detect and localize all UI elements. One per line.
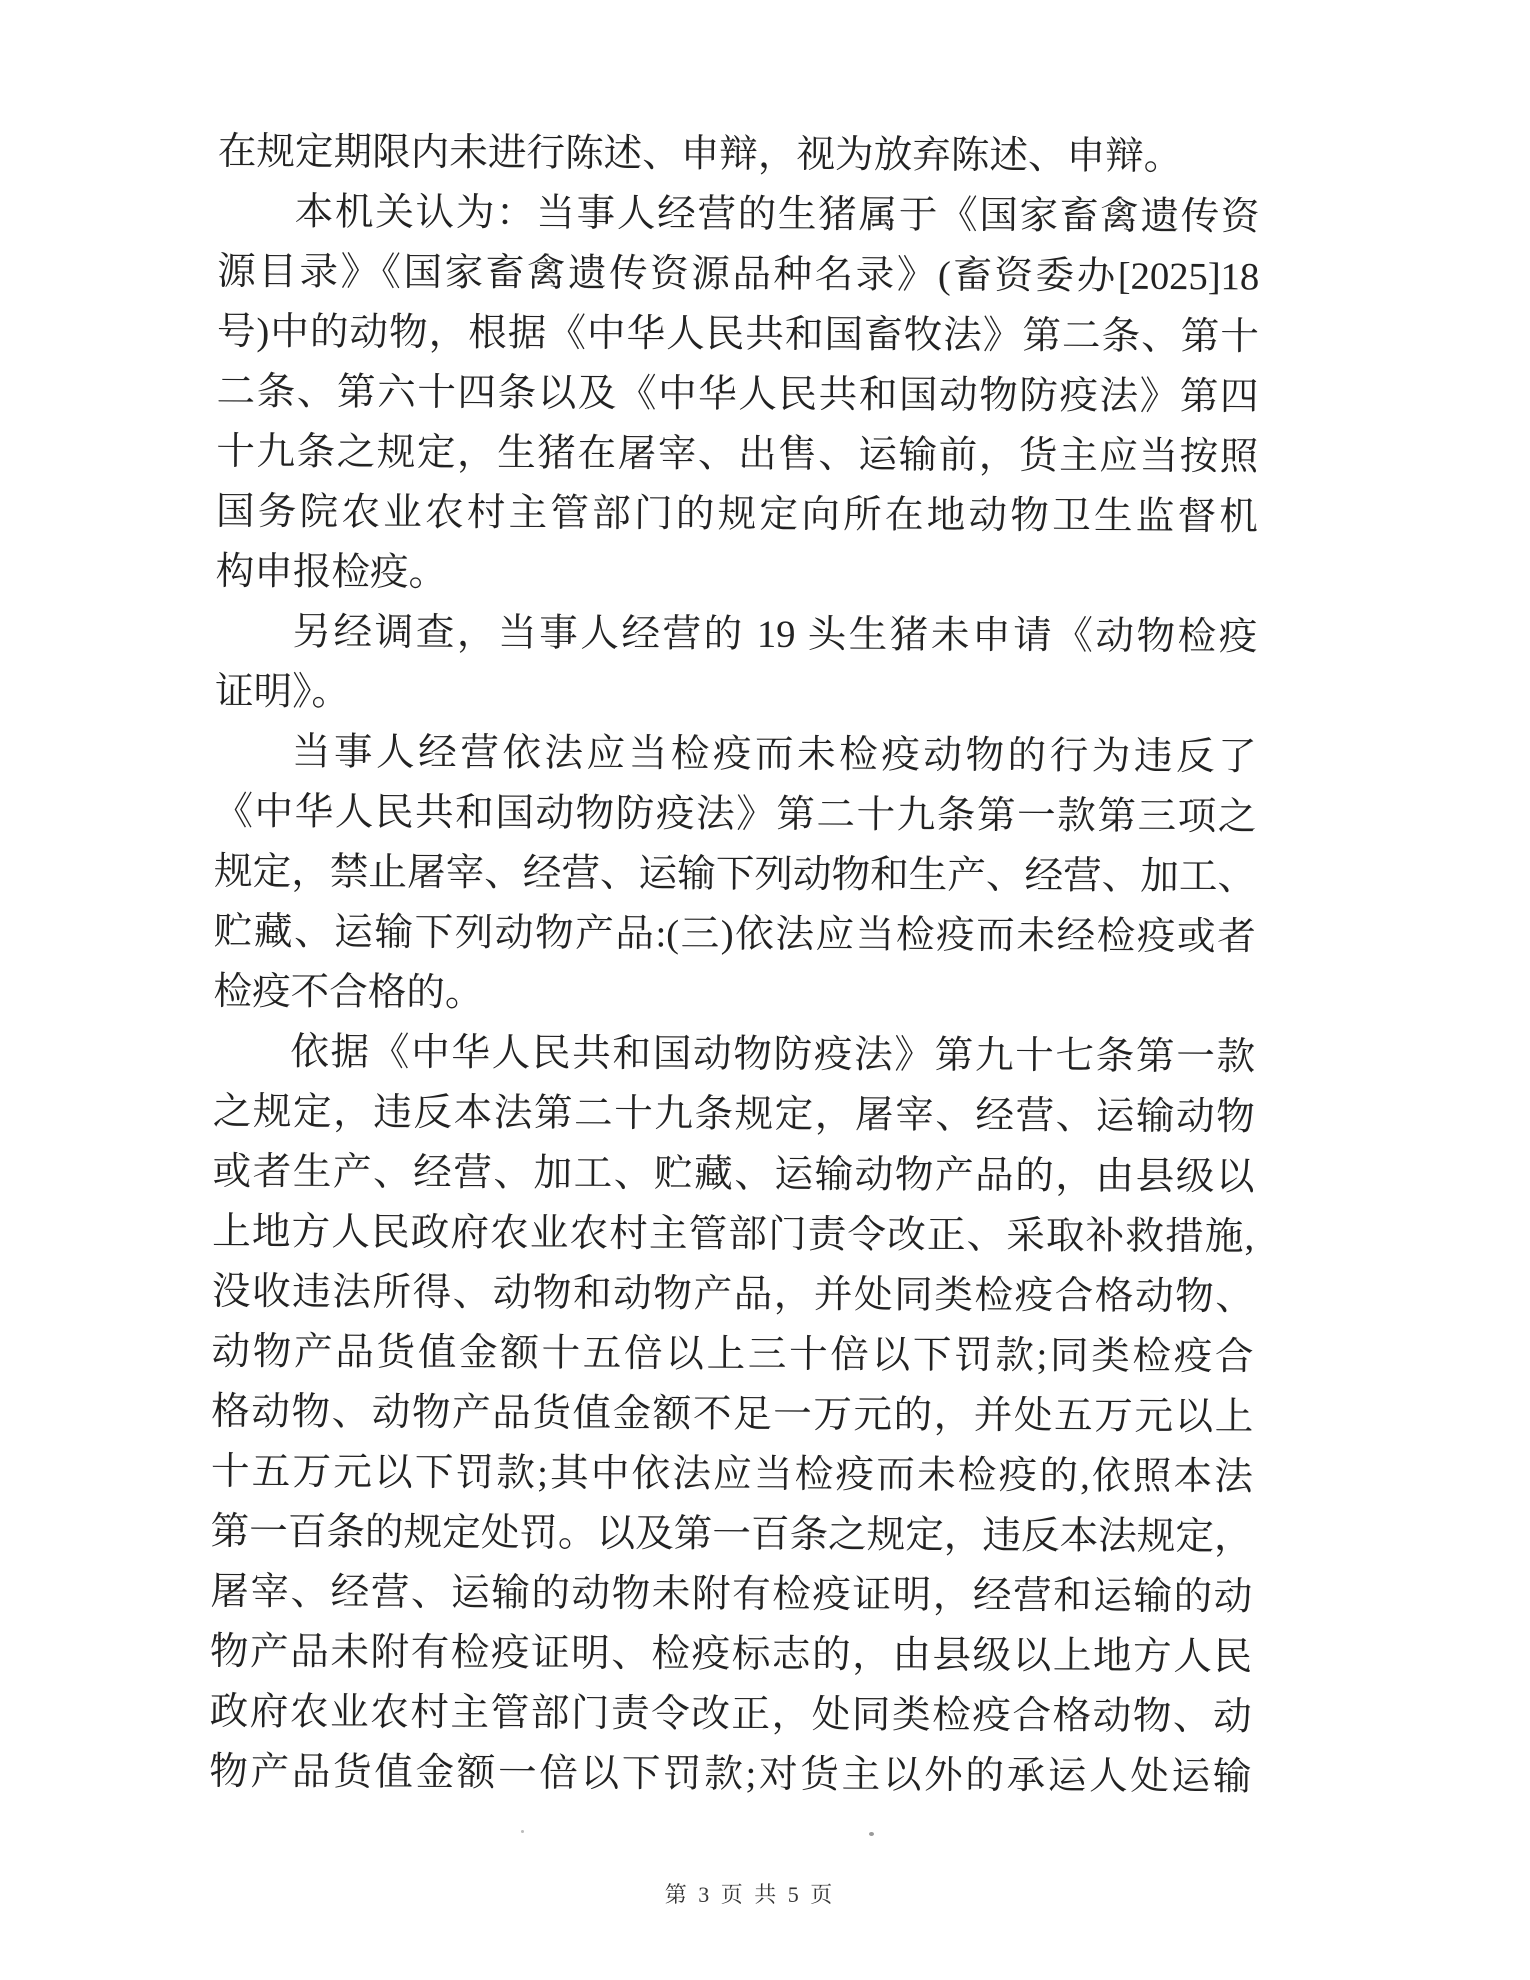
document-lines: 在规定期限内未进行陈述、申辩，视为放弃陈述、申辩。本机关认为：当事人经营的生猪属… bbox=[209, 122, 1260, 1807]
text-line: 规定，禁止屠宰、经营、运输下列动物和生产、经营、加工、 bbox=[214, 842, 1256, 907]
text-line: 构申报检疫。 bbox=[215, 542, 1257, 607]
text-line: 检疫不合格的。 bbox=[213, 962, 1255, 1027]
text-line: 证明》。 bbox=[215, 662, 1257, 727]
text-line: 或者生产、经营、加工、贮藏、运输动物产品的，由县级以 bbox=[212, 1142, 1254, 1207]
text-line: 屠宰、经营、运输的动物未附有检疫证明，经营和运输的动 bbox=[210, 1562, 1252, 1627]
text-line: 上地方人民政府农业农村主管部门责令改正、采取补救措施, bbox=[212, 1202, 1254, 1267]
text-line: 十五万元以下罚款;其中依法应当检疫而未检疫的,依照本法 bbox=[211, 1442, 1253, 1507]
text-line: 没收违法所得、动物和动物产品，并处同类检疫合格动物、 bbox=[212, 1262, 1254, 1327]
text-line: 当事人经营依法应当检疫而未检疫动物的行为违反了 bbox=[215, 722, 1257, 787]
text-line: 另经调查，当事人经营的 19 头生猪未申请《动物检疫 bbox=[215, 602, 1257, 667]
text-line: 源目录》《国家畜禽遗传资源品种名录》(畜资委办[2025]18 bbox=[217, 242, 1259, 307]
scan-speck bbox=[869, 1832, 874, 1836]
text-line: 依据《中华人民共和国动物防疫法》第九十七条第一款 bbox=[213, 1022, 1255, 1087]
text-line: 政府农业农村主管部门责令改正，处同类检疫合格动物、动 bbox=[210, 1682, 1252, 1747]
text-line: 国务院农业农村主管部门的规定向所在地动物卫生监督机 bbox=[216, 482, 1258, 547]
text-line: 在规定期限内未进行陈述、申辩，视为放弃陈述、申辩。 bbox=[218, 122, 1260, 187]
text-line: 格动物、动物产品货值金额不足一万元的，并处五万元以上 bbox=[211, 1382, 1253, 1447]
scan-speck bbox=[521, 1830, 524, 1833]
text-line: 十九条之规定，生猪在屠宰、出售、运输前，货主应当按照 bbox=[216, 422, 1258, 487]
document-page: 在规定期限内未进行陈述、申辩，视为放弃陈述、申辩。本机关认为：当事人经营的生猪属… bbox=[0, 0, 1530, 1980]
text-line: 物产品货值金额一倍以下罚款;对货主以外的承运人处运输 bbox=[209, 1742, 1251, 1807]
text-line: 贮藏、运输下列动物产品:(三)依法应当检疫而未经检疫或者 bbox=[214, 902, 1256, 967]
text-line: 《中华人民共和国动物防疫法》第二十九条第一款第三项之 bbox=[214, 782, 1256, 847]
text-line: 动物产品货值金额十五倍以上三十倍以下罚款;同类检疫合 bbox=[211, 1322, 1253, 1387]
page-number: 第 3 页 共 5 页 bbox=[0, 1878, 1500, 1909]
text-line: 号)中的动物，根据《中华人民共和国畜牧法》第二条、第十 bbox=[217, 302, 1259, 367]
text-line: 第一百条的规定处罚。以及第一百条之规定，违反本法规定， bbox=[210, 1502, 1252, 1567]
text-line: 物产品未附有检疫证明、检疫标志的，由县级以上地方人民 bbox=[210, 1622, 1252, 1687]
text-line: 二条、第六十四条以及《中华人民共和国动物防疫法》第四 bbox=[216, 362, 1258, 427]
text-line: 本机关认为：当事人经营的生猪属于《国家畜禽遗传资 bbox=[217, 182, 1259, 247]
text-line: 之规定，违反本法第二十九条规定，屠宰、经营、运输动物 bbox=[213, 1082, 1255, 1147]
